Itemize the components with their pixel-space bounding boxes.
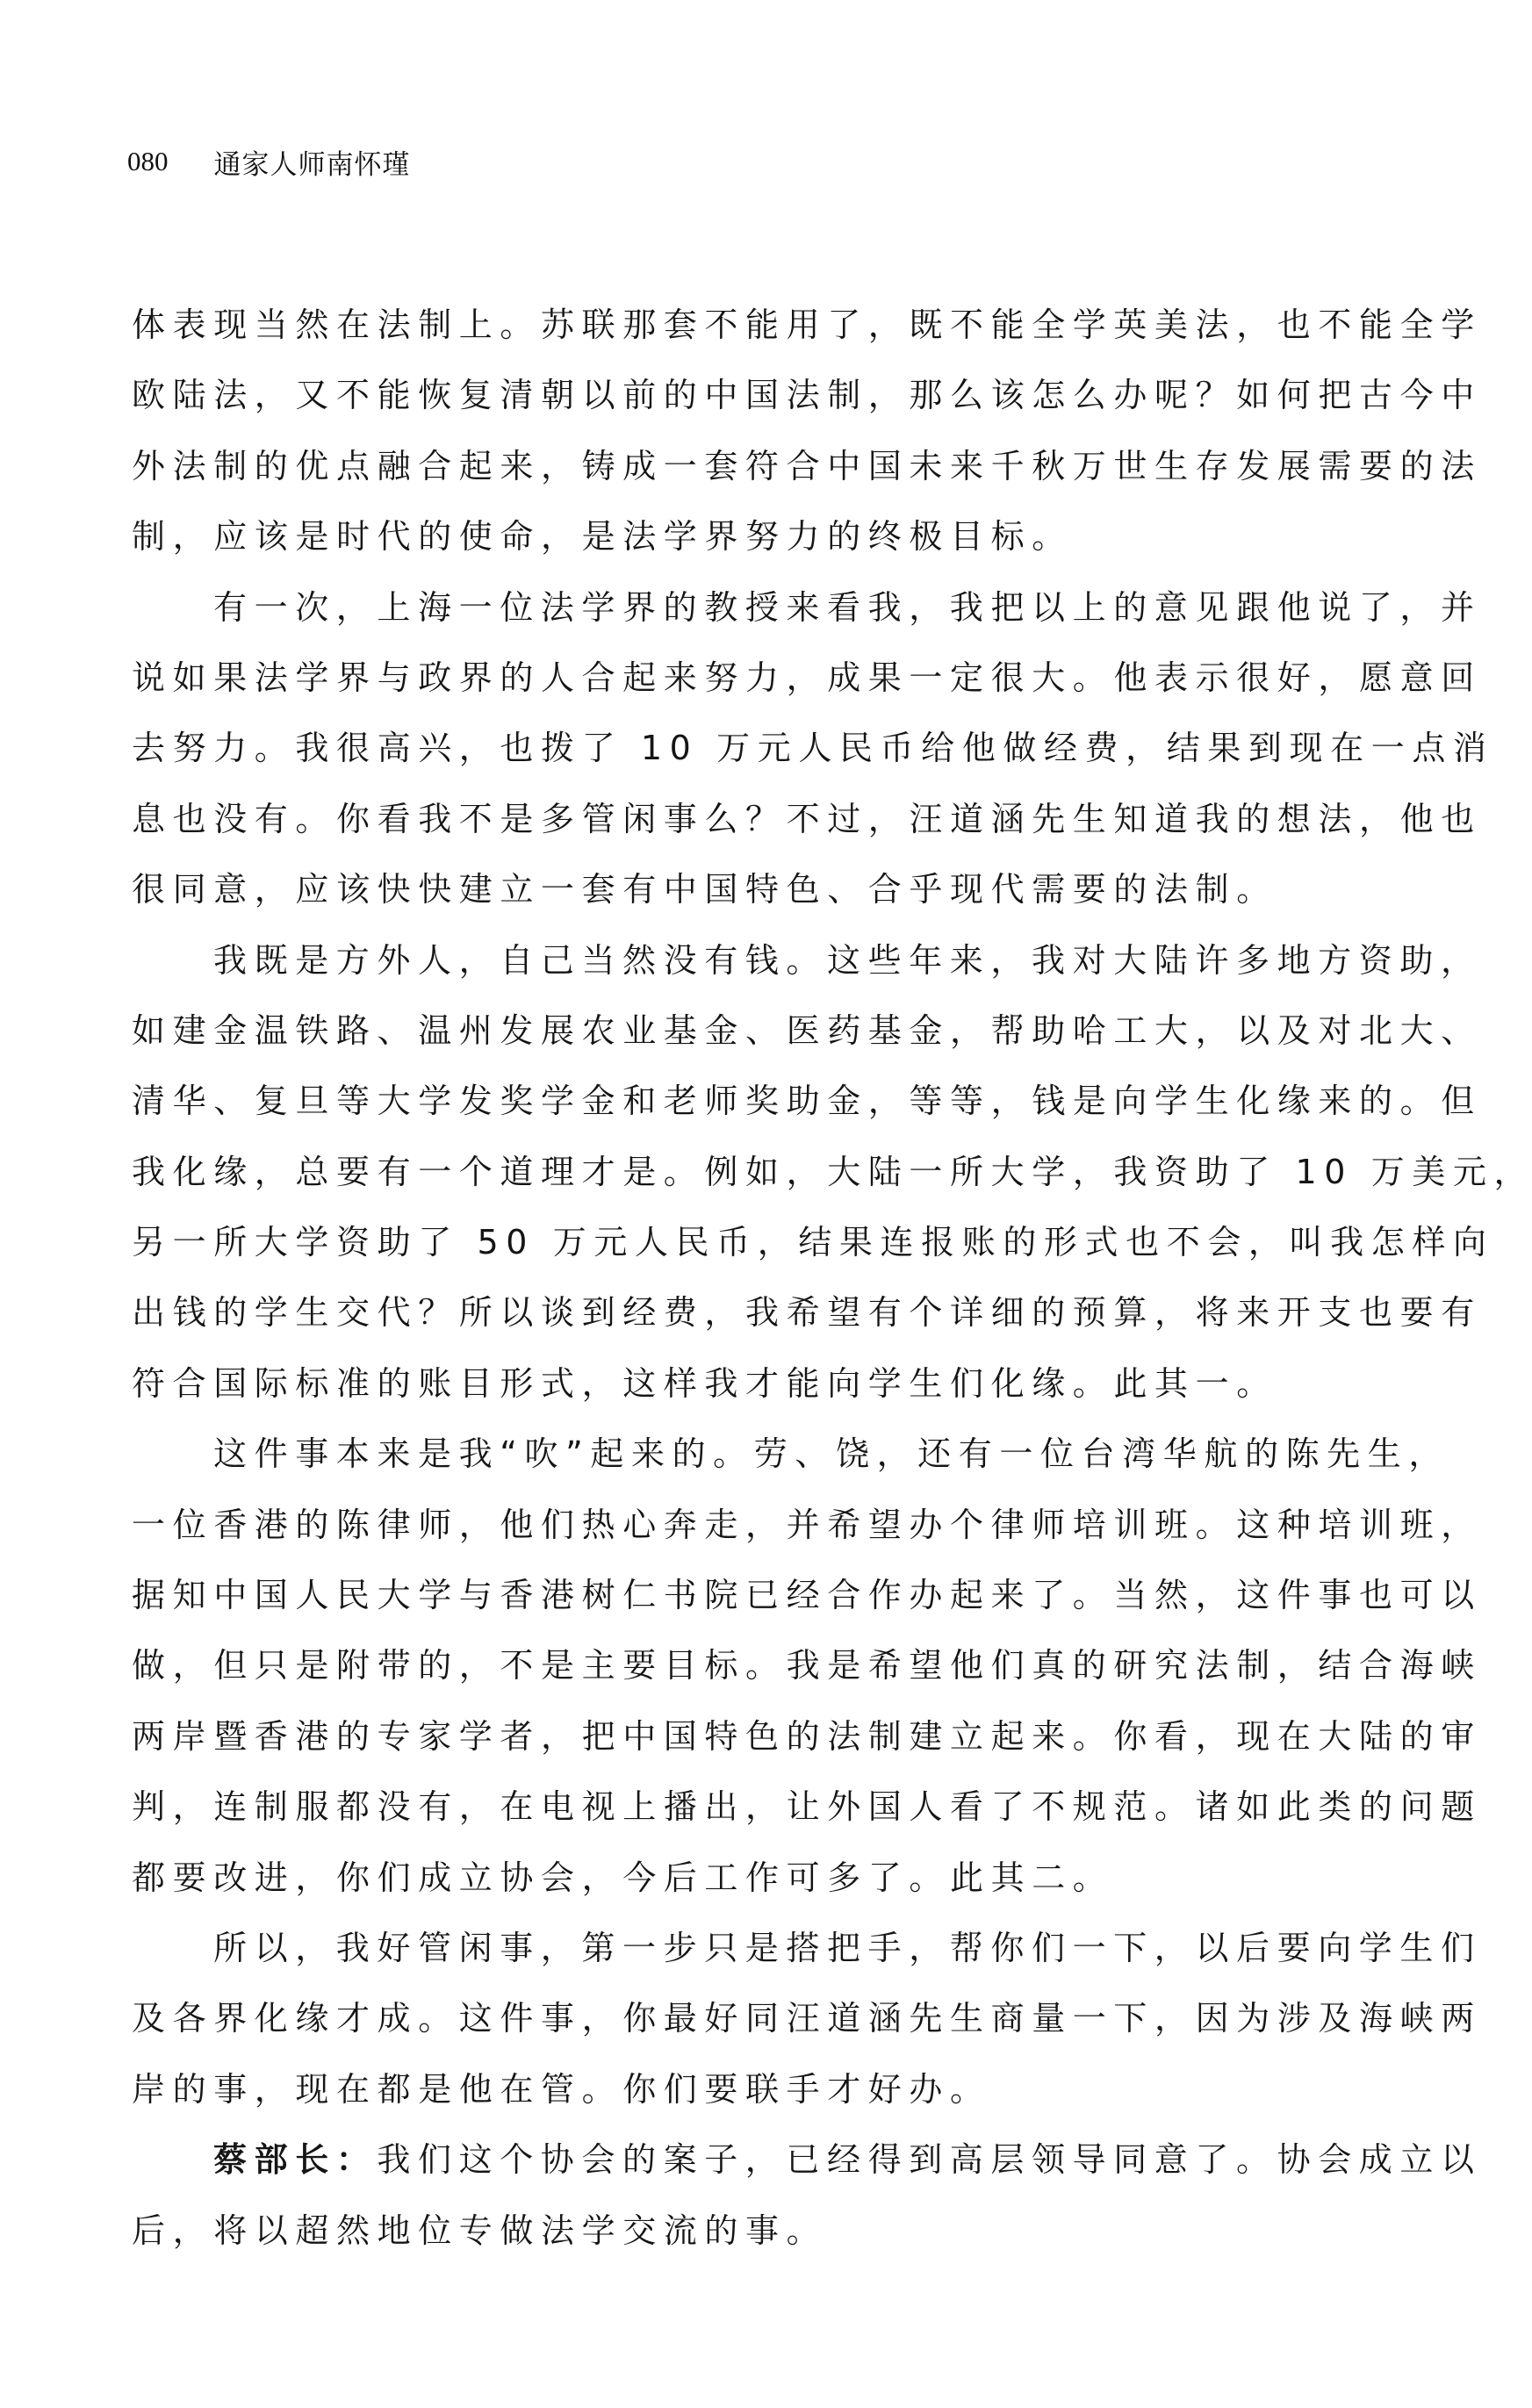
running-head: 080 通家人师南怀瑾: [127, 144, 411, 179]
text-line: 如建金温铁路、温州发展农业基金、医药基金，帮助哈工大，以及对北大、: [132, 996, 1378, 1066]
text-line: 都要改进，你们成立协会，今后工作可多了。此其二。: [132, 1843, 1378, 1913]
text-line: 有一次，上海一位法学界的教授来看我，我把以上的意见跟他说了，并: [132, 572, 1378, 643]
text-line: 说如果法学界与政界的人合起来努力，成果一定很大。他表示很好，愿意回: [132, 643, 1378, 713]
text-line: 据知中国人民大学与香港树仁书院已经合作办起来了。当然，这件事也可以: [132, 1560, 1378, 1630]
paragraph: 体表现当然在法制上。苏联那套不能用了，既不能全学英美法，也不能全学 欧陆法，又不…: [132, 290, 1378, 572]
text-line: 做，但只是附带的，不是主要目标。我是希望他们真的研究法制，结合海峡: [132, 1630, 1378, 1700]
text-line: 两岸暨香港的专家学者，把中国特色的法制建立起来。你看，现在大陆的审: [132, 1701, 1378, 1772]
dialogue-text: 我们这个协会的案子，已经得到高层领导同意了。协会成立以: [377, 2140, 1481, 2179]
text-line: 符合国际标准的账目形式，这样我才能向学生们化缘。此其一。: [132, 1348, 1378, 1419]
text-line: 一位香港的陈律师，他们热心奔走，并希望办个律师培训班。这种培训班，: [132, 1490, 1378, 1560]
text-line: 所以，我好管闲事，第一步只是搭把手，帮你们一下，以后要向学生们: [132, 1913, 1378, 1983]
text-line: 很同意，应该快快建立一套有中国特色、合乎现代需要的法制。: [132, 854, 1378, 924]
paragraph: 这件事本来是我“吹”起来的。劳、饶，还有一位台湾华航的陈先生， 一位香港的陈律师…: [132, 1419, 1378, 1913]
text-line: 欧陆法，又不能恢复清朝以前的中国法制，那么该怎么办呢？如何把古今中: [132, 360, 1378, 430]
text-line: 及各界化缘才成。这件事，你最好同汪道涵先生商量一下，因为涉及海峡两: [132, 1983, 1378, 2053]
text-line: 息也没有。你看我不是多管闲事么？不过，汪道涵先生知道我的想法，他也: [132, 784, 1378, 854]
text-line: 判，连制服都没有，在电视上播出，让外国人看了不规范。诸如此类的问题: [132, 1772, 1378, 1842]
text-line: 体表现当然在法制上。苏联那套不能用了，既不能全学英美法，也不能全学: [132, 290, 1378, 360]
text-line: 这件事本来是我“吹”起来的。劳、饶，还有一位台湾华航的陈先生，: [132, 1419, 1378, 1489]
paragraph: 所以，我好管闲事，第一步只是搭把手，帮你们一下，以后要向学生们 及各界化缘才成。…: [132, 1913, 1378, 2124]
text-line: 出钱的学生交代？所以谈到经费，我希望有个详细的预算，将来开支也要有: [132, 1277, 1378, 1348]
text-line: 后，将以超然地位专做法学交流的事。: [132, 2196, 1378, 2266]
body-text: 体表现当然在法制上。苏联那套不能用了，既不能全学英美法，也不能全学 欧陆法，又不…: [132, 290, 1378, 2266]
book-title: 通家人师南怀瑾: [214, 142, 411, 182]
text-line: 岸的事，现在都是他在管。你们要联手才好办。: [132, 2054, 1378, 2124]
speaker-label: 蔡部长：: [213, 2140, 377, 2179]
text-line: 外法制的优点融合起来，铸成一套符合中国未来千秋万世生存发展需要的法: [132, 431, 1378, 501]
text-line: 蔡部长：我们这个协会的案子，已经得到高层领导同意了。协会成立以: [132, 2124, 1378, 2195]
text-line: 我化缘，总要有一个道理才是。例如，大陆一所大学，我资助了 10 万美元，: [132, 1137, 1378, 1207]
paragraph: 有一次，上海一位法学界的教授来看我，我把以上的意见跟他说了，并 说如果法学界与政…: [132, 572, 1378, 925]
text-line: 清华、复旦等大学发奖学金和老师奖助金，等等，钱是向学生化缘来的。但: [132, 1066, 1378, 1136]
text-line: 我既是方外人，自己当然没有钱。这些年来，我对大陆许多地方资助，: [132, 925, 1378, 996]
text-line: 制，应该是时代的使命，是法学界努力的终极目标。: [132, 501, 1378, 571]
paragraph: 我既是方外人，自己当然没有钱。这些年来，我对大陆许多地方资助， 如建金温铁路、温…: [132, 925, 1378, 1420]
page-number: 080: [127, 146, 169, 177]
text-line: 另一所大学资助了 50 万元人民币，结果连报账的形式也不会，叫我怎样向: [132, 1207, 1378, 1277]
dialogue-paragraph: 蔡部长：我们这个协会的案子，已经得到高层领导同意了。协会成立以 后，将以超然地位…: [132, 2124, 1378, 2266]
text-line: 去努力。我很高兴，也拨了 10 万元人民币给他做经费，结果到现在一点消: [132, 713, 1378, 783]
